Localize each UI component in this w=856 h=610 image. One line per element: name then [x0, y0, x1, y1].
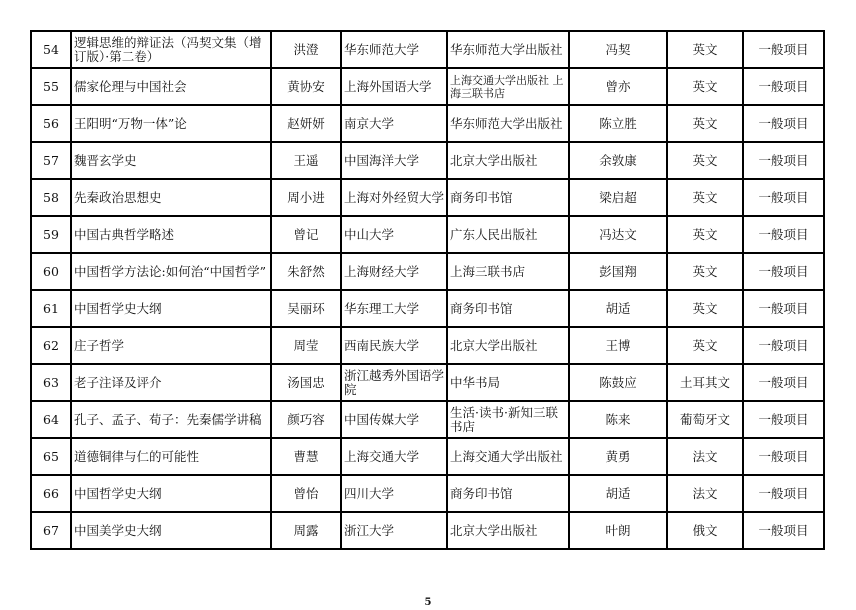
institution: 上海外国语大学	[341, 68, 447, 105]
publisher: 上海交通大学出版社 上海三联书店	[447, 68, 569, 105]
institution: 华东理工大学	[341, 290, 447, 327]
target-language: 英文	[667, 253, 743, 290]
row-number: 62	[31, 327, 71, 364]
publisher: 商务印书馆	[447, 475, 569, 512]
translator-name: 曾怡	[271, 475, 341, 512]
translator-name: 王遥	[271, 142, 341, 179]
institution: 四川大学	[341, 475, 447, 512]
row-number: 59	[31, 216, 71, 253]
publisher: 华东师范大学出版社	[447, 105, 569, 142]
target-language: 法文	[667, 438, 743, 475]
row-number: 60	[31, 253, 71, 290]
table-row: 59 中国古典哲学略述 曾记 中山大学 广东人民出版社 冯达文 英文 一般项目	[31, 216, 824, 253]
original-author: 冯达文	[569, 216, 667, 253]
target-language: 英文	[667, 105, 743, 142]
row-number: 58	[31, 179, 71, 216]
original-author: 陈鼓应	[569, 364, 667, 401]
translator-name: 周露	[271, 512, 341, 549]
institution: 中国海洋大学	[341, 142, 447, 179]
institution: 中国传媒大学	[341, 401, 447, 438]
target-language: 俄文	[667, 512, 743, 549]
institution: 上海财经大学	[341, 253, 447, 290]
publisher: 商务印书馆	[447, 179, 569, 216]
row-number: 61	[31, 290, 71, 327]
book-title: 儒家伦理与中国社会	[71, 68, 271, 105]
table-row: 65 道德铜律与仁的可能性 曹慧 上海交通大学 上海交通大学出版社 黄勇 法文 …	[31, 438, 824, 475]
original-author: 叶朗	[569, 512, 667, 549]
institution: 上海交通大学	[341, 438, 447, 475]
target-language: 英文	[667, 216, 743, 253]
table-row: 54 逻辑思维的辩证法（冯契文集（增订版）·第二卷） 洪澄 华东师范大学 华东师…	[31, 31, 824, 68]
project-type: 一般项目	[743, 216, 824, 253]
original-author: 冯契	[569, 31, 667, 68]
original-author: 王博	[569, 327, 667, 364]
original-author: 胡适	[569, 290, 667, 327]
institution: 浙江越秀外国语学院	[341, 364, 447, 401]
institution: 南京大学	[341, 105, 447, 142]
book-title: 魏晋玄学史	[71, 142, 271, 179]
translator-name: 曾记	[271, 216, 341, 253]
table-row: 58 先秦政治思想史 周小进 上海对外经贸大学 商务印书馆 梁启超 英文 一般项…	[31, 179, 824, 216]
table-row: 62 庄子哲学 周莹 西南民族大学 北京大学出版社 王博 英文 一般项目	[31, 327, 824, 364]
row-number: 67	[31, 512, 71, 549]
row-number: 63	[31, 364, 71, 401]
book-title: 中国哲学史大纲	[71, 475, 271, 512]
original-author: 彭国翔	[569, 253, 667, 290]
row-number: 54	[31, 31, 71, 68]
translator-name: 朱舒然	[271, 253, 341, 290]
translator-name: 赵妍妍	[271, 105, 341, 142]
project-type: 一般项目	[743, 364, 824, 401]
document-page: 54 逻辑思维的辩证法（冯契文集（增订版）·第二卷） 洪澄 华东师范大学 华东师…	[0, 0, 856, 610]
target-language: 法文	[667, 475, 743, 512]
book-title: 庄子哲学	[71, 327, 271, 364]
row-number: 65	[31, 438, 71, 475]
project-type: 一般项目	[743, 142, 824, 179]
book-title: 王阳明“万物一体”论	[71, 105, 271, 142]
target-language: 葡萄牙文	[667, 401, 743, 438]
institution: 浙江大学	[341, 512, 447, 549]
book-title: 中国哲学方法论:如何治“中国哲学”	[71, 253, 271, 290]
original-author: 胡适	[569, 475, 667, 512]
original-author: 余敦康	[569, 142, 667, 179]
project-type: 一般项目	[743, 475, 824, 512]
project-type: 一般项目	[743, 401, 824, 438]
publisher: 广东人民出版社	[447, 216, 569, 253]
target-language: 英文	[667, 142, 743, 179]
publisher: 商务印书馆	[447, 290, 569, 327]
institution: 华东师范大学	[341, 31, 447, 68]
publisher: 北京大学出版社	[447, 327, 569, 364]
table-row: 56 王阳明“万物一体”论 赵妍妍 南京大学 华东师范大学出版社 陈立胜 英文 …	[31, 105, 824, 142]
translator-name: 周小进	[271, 179, 341, 216]
institution: 西南民族大学	[341, 327, 447, 364]
row-number: 57	[31, 142, 71, 179]
target-language: 英文	[667, 68, 743, 105]
target-language: 土耳其文	[667, 364, 743, 401]
publisher: 生活·读书·新知三联书店	[447, 401, 569, 438]
original-author: 曾亦	[569, 68, 667, 105]
publisher: 上海三联书店	[447, 253, 569, 290]
translator-name: 颜巧容	[271, 401, 341, 438]
institution: 中山大学	[341, 216, 447, 253]
project-table: 54 逻辑思维的辩证法（冯契文集（增订版）·第二卷） 洪澄 华东师范大学 华东师…	[30, 30, 825, 550]
table-row: 64 孔子、孟子、荀子：先秦儒学讲稿 颜巧容 中国传媒大学 生活·读书·新知三联…	[31, 401, 824, 438]
project-type: 一般项目	[743, 253, 824, 290]
project-type: 一般项目	[743, 31, 824, 68]
translator-name: 洪澄	[271, 31, 341, 68]
book-title: 先秦政治思想史	[71, 179, 271, 216]
book-title: 孔子、孟子、荀子：先秦儒学讲稿	[71, 401, 271, 438]
table-row: 66 中国哲学史大纲 曾怡 四川大学 商务印书馆 胡适 法文 一般项目	[31, 475, 824, 512]
project-type: 一般项目	[743, 512, 824, 549]
publisher: 北京大学出版社	[447, 512, 569, 549]
book-title: 逻辑思维的辩证法（冯契文集（增订版）·第二卷）	[71, 31, 271, 68]
table-row: 63 老子注译及评介 汤国忠 浙江越秀外国语学院 中华书局 陈鼓应 土耳其文 一…	[31, 364, 824, 401]
target-language: 英文	[667, 290, 743, 327]
target-language: 英文	[667, 327, 743, 364]
publisher: 华东师范大学出版社	[447, 31, 569, 68]
institution: 上海对外经贸大学	[341, 179, 447, 216]
table-row: 61 中国哲学史大纲 吴丽环 华东理工大学 商务印书馆 胡适 英文 一般项目	[31, 290, 824, 327]
target-language: 英文	[667, 31, 743, 68]
table-body: 54 逻辑思维的辩证法（冯契文集（增订版）·第二卷） 洪澄 华东师范大学 华东师…	[31, 31, 824, 549]
project-type: 一般项目	[743, 68, 824, 105]
target-language: 英文	[667, 179, 743, 216]
book-title: 中国美学史大纲	[71, 512, 271, 549]
project-type: 一般项目	[743, 327, 824, 364]
project-type: 一般项目	[743, 179, 824, 216]
translator-name: 汤国忠	[271, 364, 341, 401]
table-row: 67 中国美学史大纲 周露 浙江大学 北京大学出版社 叶朗 俄文 一般项目	[31, 512, 824, 549]
book-title: 中国古典哲学略述	[71, 216, 271, 253]
translator-name: 吴丽环	[271, 290, 341, 327]
publisher: 中华书局	[447, 364, 569, 401]
row-number: 55	[31, 68, 71, 105]
book-title: 道德铜律与仁的可能性	[71, 438, 271, 475]
original-author: 陈来	[569, 401, 667, 438]
project-type: 一般项目	[743, 290, 824, 327]
table-row: 55 儒家伦理与中国社会 黄协安 上海外国语大学 上海交通大学出版社 上海三联书…	[31, 68, 824, 105]
row-number: 64	[31, 401, 71, 438]
original-author: 黄勇	[569, 438, 667, 475]
translator-name: 黄协安	[271, 68, 341, 105]
book-title: 中国哲学史大纲	[71, 290, 271, 327]
table-row: 60 中国哲学方法论:如何治“中国哲学” 朱舒然 上海财经大学 上海三联书店 彭…	[31, 253, 824, 290]
translator-name: 周莹	[271, 327, 341, 364]
original-author: 陈立胜	[569, 105, 667, 142]
project-type: 一般项目	[743, 105, 824, 142]
book-title: 老子注译及评介	[71, 364, 271, 401]
original-author: 梁启超	[569, 179, 667, 216]
publisher: 北京大学出版社	[447, 142, 569, 179]
page-number: 5	[0, 597, 856, 608]
publisher: 上海交通大学出版社	[447, 438, 569, 475]
row-number: 56	[31, 105, 71, 142]
translator-name: 曹慧	[271, 438, 341, 475]
project-type: 一般项目	[743, 438, 824, 475]
row-number: 66	[31, 475, 71, 512]
table-row: 57 魏晋玄学史 王遥 中国海洋大学 北京大学出版社 余敦康 英文 一般项目	[31, 142, 824, 179]
